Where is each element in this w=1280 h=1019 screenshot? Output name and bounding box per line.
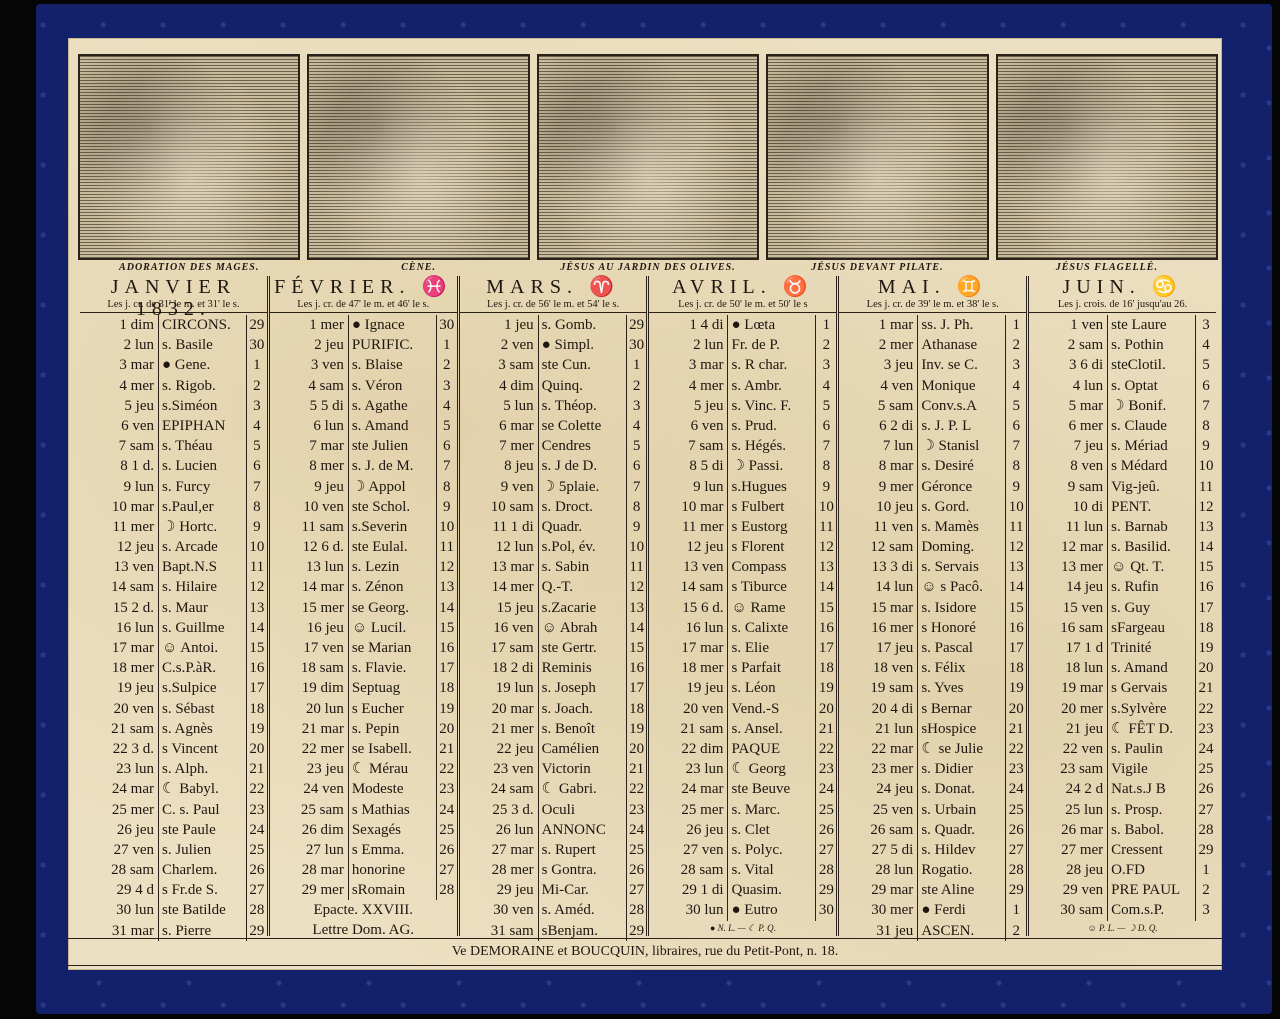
calendar-sheet: ADORATION DES MAGES. CÈNE. JÉSUS AU JARD… [68, 38, 1222, 970]
day-weekday: 2 jeu [270, 335, 348, 355]
saint-feast: Géronce [917, 477, 1005, 497]
day-weekday: 7 jeu [1029, 436, 1107, 456]
moon-day: 28 [626, 900, 647, 920]
saint-feast: ☺ s Pacô. [917, 577, 1005, 597]
day-weekday: 15 2 d. [80, 598, 158, 618]
day-row: 9 ven☽ 5plaie.7 [460, 477, 647, 497]
moon-day: 30 [436, 315, 457, 335]
day-weekday: 10 jeu [839, 497, 917, 517]
day-weekday: 28 sam [80, 860, 158, 880]
saint-feast: s. Gord. [917, 497, 1005, 517]
saint-feast: ☽ Appol [348, 477, 436, 497]
saint-feast: Modeste [348, 779, 436, 799]
day-weekday: 15 jeu [460, 598, 538, 618]
day-row: 16 luns. Guillme14 [80, 618, 267, 638]
day-weekday: 27 mer [1029, 840, 1107, 860]
day-weekday: 23 lun [649, 759, 727, 779]
day-weekday: 18 mer [80, 658, 158, 678]
moon-day: 9 [626, 517, 647, 537]
day-weekday: 6 mar [460, 416, 538, 436]
saint-feast: s.Siméon [158, 396, 246, 416]
saint-feast: ☺ Abrah [538, 618, 626, 638]
moon-day: 19 [626, 719, 647, 739]
moon-day: 22 [1005, 739, 1026, 759]
moon-day: 24 [626, 820, 647, 840]
day-row: 14 lun☺ s Pacô.14 [839, 577, 1026, 597]
day-row: 2 lunFr. de P.2 [649, 335, 836, 355]
day-row: 5 jeus.Siméon3 [80, 396, 267, 416]
day-weekday: 28 mer [460, 860, 538, 880]
day-weekday: 30 lun [649, 900, 727, 920]
saint-feast: s Fr.de S. [158, 880, 246, 900]
day-weekday: 20 mer [1029, 699, 1107, 719]
saint-feast: s Florent [727, 537, 815, 557]
day-weekday: 1 dim [80, 315, 158, 335]
day-row: 26 dimSexagés25 [270, 820, 457, 840]
saint-feast: Vigile [1107, 759, 1195, 779]
moon-day: 12 [815, 537, 836, 557]
moon-day: 24 [1195, 739, 1216, 759]
day-weekday: 21 mar [270, 719, 348, 739]
saint-feast: ste Aline [917, 880, 1005, 900]
day-weekday: 3 6 di [1029, 355, 1107, 375]
saint-feast: ste Eulal. [348, 537, 436, 557]
engravings-strip [78, 54, 1218, 260]
day-row: 6 vens. Prud.6 [649, 416, 836, 436]
day-weekday: 25 lun [1029, 800, 1107, 820]
day-rows: 1 dimCIRCONS.292 luns. Basile303 mar● Ge… [80, 313, 267, 941]
saint-feast: PENT. [1107, 497, 1195, 517]
saint-feast: ss. J. Ph. [917, 315, 1005, 335]
moon-day: 12 [1005, 537, 1026, 557]
moon-day: 14 [1005, 577, 1026, 597]
day-weekday: 15 ven [1029, 598, 1107, 618]
saint-feast: s. Optat [1107, 376, 1195, 396]
day-row: 11 1 diQuadr.9 [460, 517, 647, 537]
day-row: 22 merse Isabell.21 [270, 739, 457, 759]
saint-feast: ☺ Rame [727, 598, 815, 618]
saint-feast: s. Barnab [1107, 517, 1195, 537]
day-row: 30 mer● Ferdi1 [839, 900, 1026, 920]
day-row: 27 5 dis. Hildev27 [839, 840, 1026, 860]
moon-day: 10 [1195, 456, 1216, 476]
day-weekday: 16 mer [839, 618, 917, 638]
moon-day: 19 [246, 719, 267, 739]
month-column: JUIN. ♋Les j. crois. de 16' jusqu'au 26.… [1026, 276, 1216, 936]
day-row: 16 samsFargeau18 [1029, 618, 1216, 638]
day-row: 26 lunANNONC24 [460, 820, 647, 840]
saint-feast: s. Donat. [917, 779, 1005, 799]
saint-feast: CIRCONS. [158, 315, 246, 335]
moon-day: 5 [1005, 396, 1026, 416]
day-row: 3 mars. R char.3 [649, 355, 836, 375]
day-weekday: 17 mar [80, 638, 158, 658]
day-weekday: 14 jeu [1029, 577, 1107, 597]
day-weekday: 1 ven [1029, 315, 1107, 335]
day-row: 15 merse Georg.14 [270, 598, 457, 618]
engraving-jardin [537, 54, 759, 260]
saint-feast: s Gervais [1107, 678, 1195, 698]
moon-day: 18 [1005, 658, 1026, 678]
day-weekday: 12 lun [460, 537, 538, 557]
day-row: 17 1 dTrinité19 [1029, 638, 1216, 658]
day-weekday: 22 dim [649, 739, 727, 759]
day-weekday: 1 jeu [460, 315, 538, 335]
moon-day: 10 [1005, 497, 1026, 517]
moon-day: 1 [626, 355, 647, 375]
saint-feast: sFargeau [1107, 618, 1195, 638]
day-weekday: 11 1 di [460, 517, 538, 537]
day-weekday: 2 lun [80, 335, 158, 355]
saint-feast: s Eustorg [727, 517, 815, 537]
saint-feast: s. Zénon [348, 577, 436, 597]
moon-day: 30 [626, 335, 647, 355]
day-row: 2 ven● Simpl.30 [460, 335, 647, 355]
day-weekday: 5 jeu [649, 396, 727, 416]
saint-feast: s. Ambr. [727, 376, 815, 396]
moon-day: 15 [1195, 557, 1216, 577]
moon-day: 29 [1195, 840, 1216, 860]
day-weekday: 9 jeu [270, 477, 348, 497]
day-weekday: 18 2 di [460, 658, 538, 678]
day-weekday: 19 jeu [80, 678, 158, 698]
day-weekday: 5 5 di [270, 396, 348, 416]
day-weekday: 13 mer [1029, 557, 1107, 577]
day-weekday: 16 ven [460, 618, 538, 638]
moon-day: 20 [1005, 699, 1026, 719]
day-weekday: 15 mar [839, 598, 917, 618]
day-weekday: 18 mer [649, 658, 727, 678]
day-weekday: 21 jeu [1029, 719, 1107, 739]
moon-day: 27 [1195, 800, 1216, 820]
day-row: 7 sams. Hégés.7 [649, 436, 836, 456]
saint-feast: sHospice [917, 719, 1005, 739]
day-row: 23 luns. Alph.21 [80, 759, 267, 779]
day-row: 22 mar☾ se Julie22 [839, 739, 1026, 759]
day-weekday: 21 sam [80, 719, 158, 739]
day-row: 19 jeus. Léon19 [649, 678, 836, 698]
saint-feast: s. Prosp. [1107, 800, 1195, 820]
day-row: 26 mars. Babol.28 [1029, 820, 1216, 840]
day-row: 22 dimPAQUE22 [649, 739, 836, 759]
moon-day: 24 [815, 779, 836, 799]
day-weekday: 20 lun [270, 699, 348, 719]
day-row: 14 sams. Hilaire12 [80, 577, 267, 597]
day-row: 15 2 d.s. Maur13 [80, 598, 267, 618]
day-row: 7 sams. Théau5 [80, 436, 267, 456]
day-row: 28 jeuO.FD1 [1029, 860, 1216, 880]
saint-feast: s Mathias [348, 800, 436, 820]
day-weekday: 3 sam [460, 355, 538, 375]
moon-day: 13 [1195, 517, 1216, 537]
day-row: 20 mars. Joach.18 [460, 699, 647, 719]
saint-feast: ste Batilde [158, 900, 246, 920]
day-row: 29 4 ds Fr.de S.27 [80, 880, 267, 900]
day-row: 2 sams. Pothin4 [1029, 335, 1216, 355]
day-row: 25 luns. Prosp.27 [1029, 800, 1216, 820]
saint-feast: s. Théop. [538, 396, 626, 416]
day-row: 13 3 dis. Servais13 [839, 557, 1026, 577]
saint-feast: Cendres [538, 436, 626, 456]
day-row: 2 merAthanase2 [839, 335, 1026, 355]
day-row: 20 vens. Sébast18 [80, 699, 267, 719]
day-row: 12 jeus Florent12 [649, 537, 836, 557]
moon-day: 22 [626, 779, 647, 799]
day-weekday: 13 ven [649, 557, 727, 577]
saint-feast: Inv. se C. [917, 355, 1005, 375]
saint-feast: s Emma. [348, 840, 436, 860]
saint-feast: s. Félix [917, 658, 1005, 678]
day-weekday: 20 4 di [839, 699, 917, 719]
day-row: 13 venCompass13 [649, 557, 836, 577]
day-weekday: 7 mer [460, 436, 538, 456]
day-weekday: 27 ven [80, 840, 158, 860]
saint-feast: s. Rupert [538, 840, 626, 860]
moon-day: 17 [815, 638, 836, 658]
saint-feast: s. Joach. [538, 699, 626, 719]
saint-feast: s.Hugues [727, 477, 815, 497]
day-row: 8 jeus. J de D.6 [460, 456, 647, 476]
moon-day: 16 [815, 618, 836, 638]
day-row: 15 jeus.Zacarie13 [460, 598, 647, 618]
moon-day: 21 [1195, 678, 1216, 698]
day-row: 4 sams. Véron3 [270, 376, 457, 396]
day-weekday: 14 mar [270, 577, 348, 597]
day-row: 19 luns. Joseph17 [460, 678, 647, 698]
saint-feast: ● Simpl. [538, 335, 626, 355]
day-row: 18 2 diReminis16 [460, 658, 647, 678]
saint-feast: Compass [727, 557, 815, 577]
saint-feast: Quasim. [727, 880, 815, 900]
saint-feast: s. Clet [727, 820, 815, 840]
day-weekday: 24 mar [80, 779, 158, 799]
day-row: 18 mers Parfait18 [649, 658, 836, 678]
day-row: 29 1 diQuasim.29 [649, 880, 836, 900]
day-weekday: 17 ven [270, 638, 348, 658]
moon-day: 1 [815, 315, 836, 335]
saint-feast: s Gontra. [538, 860, 626, 880]
moon-day: 19 [436, 699, 457, 719]
day-weekday: 1 mar [839, 315, 917, 335]
day-weekday: 24 sam [460, 779, 538, 799]
saint-feast: ☾ se Julie [917, 739, 1005, 759]
engraving-captions: ADORATION DES MAGES. CÈNE. JÉSUS AU JARD… [78, 262, 1218, 276]
moon-day: 3 [626, 396, 647, 416]
moon-day: 18 [246, 699, 267, 719]
day-row: 28 marhonorine27 [270, 860, 457, 880]
day-row: 4 mers. Ambr.4 [649, 376, 836, 396]
day-weekday: 28 jeu [1029, 860, 1107, 880]
saint-feast: O.FD [1107, 860, 1195, 880]
day-row: 6 venEPIPHAN4 [80, 416, 267, 436]
saint-feast: s Parfait [727, 658, 815, 678]
day-weekday: 23 sam [1029, 759, 1107, 779]
saint-feast: s. Arcade [158, 537, 246, 557]
month-title: AVRIL. ♉ [649, 276, 836, 298]
saint-feast: Septuag [348, 678, 436, 698]
day-weekday: 5 sam [839, 396, 917, 416]
day-weekday: 27 ven [649, 840, 727, 860]
day-row: 13 mer☺ Qt. T.15 [1029, 557, 1216, 577]
moon-day: 2 [815, 335, 836, 355]
moon-day: 7 [815, 436, 836, 456]
day-row: 9 jeu☽ Appol8 [270, 477, 457, 497]
day-weekday: 20 ven [649, 699, 727, 719]
saint-feast: Conv.s.A [917, 396, 1005, 416]
day-row: 25 vens. Urbain25 [839, 800, 1026, 820]
month-column: AVRIL. ♉Les j. cr. de 50' le m. et 50' l… [646, 276, 836, 936]
day-row: 1 jeus. Gomb.29 [460, 315, 647, 335]
moon-day: 15 [815, 598, 836, 618]
saint-feast: ☾ FÊT D. [1107, 719, 1195, 739]
day-row: 25 merC. s. Paul23 [80, 800, 267, 820]
moon-day: 7 [246, 477, 267, 497]
moon-day: 12 [436, 557, 457, 577]
moon-day: 8 [815, 456, 836, 476]
moon-day: 11 [1005, 517, 1026, 537]
moon-day: 15 [1005, 598, 1026, 618]
day-row: 9 luns.Hugues9 [649, 477, 836, 497]
day-row: 5 5 dis. Agathe4 [270, 396, 457, 416]
day-row: 15 vens. Guy17 [1029, 598, 1216, 618]
day-row: 16 jeu☺ Lucil.15 [270, 618, 457, 638]
moon-day: 25 [626, 840, 647, 860]
day-weekday: 2 mer [839, 335, 917, 355]
day-weekday: 6 2 di [839, 416, 917, 436]
moon-day: 14 [436, 598, 457, 618]
day-row: 21 mers. Benoît19 [460, 719, 647, 739]
day-row: 24 jeus. Donat.24 [839, 779, 1026, 799]
month-title: FÉVRIER. ♓ [270, 276, 457, 298]
saint-feast: s. Rigob. [158, 376, 246, 396]
day-row: 1 4 di● Lœta1 [649, 315, 836, 335]
day-weekday: 24 mar [649, 779, 727, 799]
saint-feast: s.Zacarie [538, 598, 626, 618]
day-weekday: 13 ven [80, 557, 158, 577]
moon-day: 11 [815, 517, 836, 537]
day-row: 23 samVigile25 [1029, 759, 1216, 779]
saint-feast: s. Agathe [348, 396, 436, 416]
moon-day: 13 [626, 598, 647, 618]
moon-day: 28 [436, 880, 457, 900]
moon-day: 29 [626, 315, 647, 335]
saint-feast: s. Pascal [917, 638, 1005, 658]
day-rows: 1 4 di● Lœta12 lunFr. de P.23 mars. R ch… [649, 313, 836, 934]
caption: ADORATION DES MAGES. [78, 262, 300, 276]
saint-feast: s. Alph. [158, 759, 246, 779]
saint-feast: C.s.P.àR. [158, 658, 246, 678]
day-weekday: 10 mar [649, 497, 727, 517]
day-row: 18 merC.s.P.àR.16 [80, 658, 267, 678]
saint-feast: s. Hégés. [727, 436, 815, 456]
saint-feast: s. Rufin [1107, 577, 1195, 597]
day-row: 12 jeus. Arcade10 [80, 537, 267, 557]
day-row: 22 vens. Paulin24 [1029, 739, 1216, 759]
day-row: 4 venMonique4 [839, 376, 1026, 396]
day-row: 6 2 dis. J. P. L6 [839, 416, 1026, 436]
daylength-note: Les j. cr. de 47' le m. et 46' le s. [270, 298, 457, 313]
saint-feast: Oculi [538, 800, 626, 820]
day-row: 17 samste Gertr.15 [460, 638, 647, 658]
day-row: 24 marste Beuve24 [649, 779, 836, 799]
day-row: 20 luns Eucher19 [270, 699, 457, 719]
saint-feast: ● Ignace [348, 315, 436, 335]
saint-feast: sRomain [348, 880, 436, 900]
saint-feast: ste Gertr. [538, 638, 626, 658]
day-row: 20 venVend.-S20 [649, 699, 836, 719]
day-weekday: 26 sam [839, 820, 917, 840]
day-weekday: 9 sam [1029, 477, 1107, 497]
month-column: MARS. ♈Les j. cr. de 56' le m. et 54' le… [457, 276, 647, 936]
day-weekday: 12 sam [839, 537, 917, 557]
day-row: 22 jeuCamélien20 [460, 739, 647, 759]
saint-feast: s. Julien [158, 840, 246, 860]
saint-feast: s. Basile [158, 335, 246, 355]
moon-day: 30 [815, 900, 836, 920]
moon-day: 23 [1005, 759, 1026, 779]
day-row: 28 mers Gontra.26 [460, 860, 647, 880]
saint-feast: s. Blaise [348, 355, 436, 375]
moon-day: 17 [436, 658, 457, 678]
moon-day: 1 [436, 335, 457, 355]
saint-feast: s. Flavie. [348, 658, 436, 678]
moon-day: 5 [436, 416, 457, 436]
day-weekday: 3 ven [270, 355, 348, 375]
day-weekday: 18 ven [839, 658, 917, 678]
moon-day: 5 [1195, 355, 1216, 375]
saint-feast: ste Cun. [538, 355, 626, 375]
day-weekday: 19 dim [270, 678, 348, 698]
day-weekday: 4 lun [1029, 376, 1107, 396]
saint-feast: Bapt.N.S [158, 557, 246, 577]
saint-feast: s. Théau [158, 436, 246, 456]
saint-feast: ● Eutro [727, 900, 815, 920]
day-row: 14 mars. Zénon13 [270, 577, 457, 597]
day-row: 12 mars. Basilid.14 [1029, 537, 1216, 557]
calendar-footer-line: Epacte. XXVIII. [270, 900, 457, 920]
moon-day: 29 [1005, 880, 1026, 900]
moon-phase-legend: ● N. L. — ☾ P. Q. [649, 923, 836, 934]
moon-day: 25 [436, 820, 457, 840]
moon-day: 7 [1195, 396, 1216, 416]
saint-feast: s. Quadr. [917, 820, 1005, 840]
saint-feast: s. Pothin [1107, 335, 1195, 355]
day-row: 28 lunRogatio.28 [839, 860, 1026, 880]
moon-day: 11 [626, 557, 647, 577]
saint-feast: s. Benoît [538, 719, 626, 739]
saint-feast: se Marian [348, 638, 436, 658]
saint-feast: ☾ Mérau [348, 759, 436, 779]
moon-day: 11 [1195, 477, 1216, 497]
saint-feast: ste Beuve [727, 779, 815, 799]
moon-day: 25 [1005, 800, 1026, 820]
saint-feast: ste Julien [348, 436, 436, 456]
moon-day: 8 [626, 497, 647, 517]
day-weekday: 13 mar [460, 557, 538, 577]
day-row: 25 mers. Marc.25 [649, 800, 836, 820]
saint-feast: ste Laure [1107, 315, 1195, 335]
saint-feast: s. Babol. [1107, 820, 1195, 840]
day-weekday: 7 sam [80, 436, 158, 456]
saint-feast: EPIPHAN [158, 416, 246, 436]
saint-feast: Fr. de P. [727, 335, 815, 355]
moon-day: 6 [815, 416, 836, 436]
day-row: 10 mars.Paul,er8 [80, 497, 267, 517]
day-row: 24 venModeste23 [270, 779, 457, 799]
moon-day: 22 [815, 739, 836, 759]
day-row: 23 jeu☾ Mérau22 [270, 759, 457, 779]
saint-feast: Rogatio. [917, 860, 1005, 880]
